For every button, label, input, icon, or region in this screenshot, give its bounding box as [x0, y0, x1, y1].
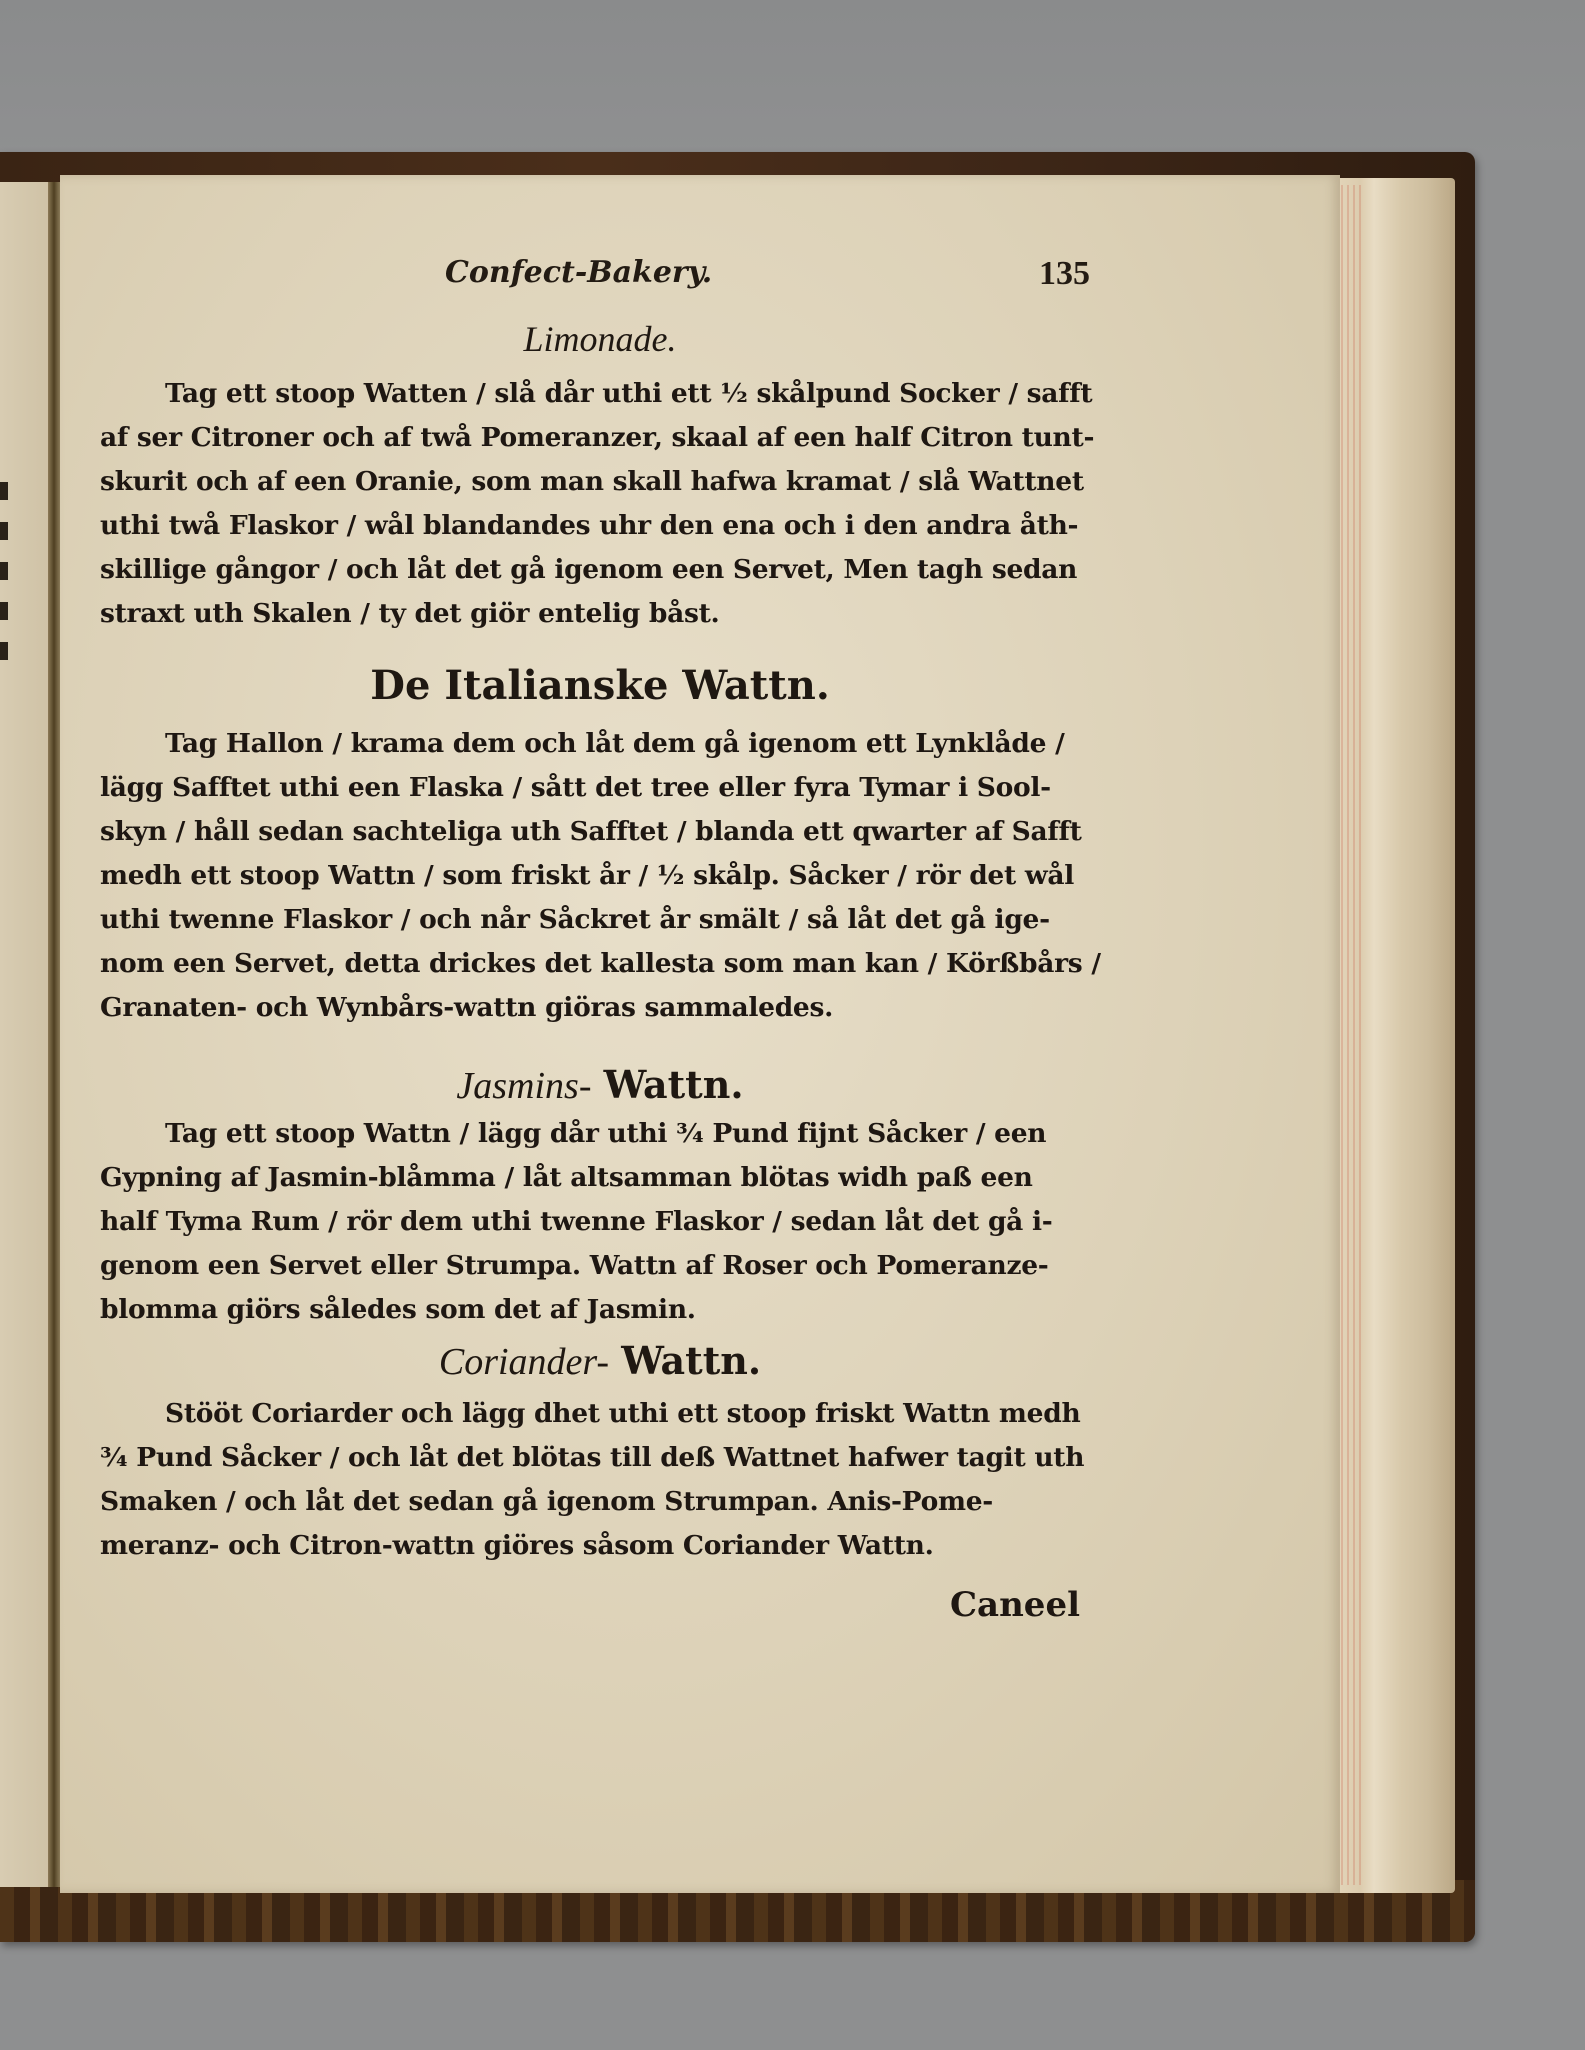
text-line: uthi twenne Flaskor / och når Såckret år… [100, 898, 1100, 942]
text-line: af ser Citroner och af twå Pomeranzer, s… [100, 416, 1100, 460]
section-heading-italianske: De Italianske Wattn. [100, 662, 1100, 709]
text-line: Granaten- och Wynbårs-wattn giöras samma… [100, 986, 1100, 1030]
text-line: Smaken / och låt det sedan gå igenom Str… [100, 1480, 1100, 1524]
left-page-text-fragment [0, 482, 8, 662]
text-line: skillige gångor / och låt det gå igenom … [100, 548, 1100, 592]
book-gutter [48, 182, 60, 1887]
text-line: blomma giörs således som det af Jasmin. [100, 1288, 1100, 1332]
section-body-coriander: Stööt Coriarder och lägg dhet uthi ett s… [100, 1392, 1100, 1568]
heading-bold-part: Wattn. [621, 1338, 761, 1383]
section-heading-jasmins: Jasmins- Wattn. [100, 1062, 1100, 1108]
text-line: nom een Servet, detta drickes det kalles… [100, 942, 1100, 986]
heading-italic-part: Jasmins- [456, 1065, 591, 1107]
text-line: Gypning af Jasmin-blåmma / låt altsamman… [100, 1156, 1100, 1200]
text-line: uthi twå Flaskor / wål blandandes uhr de… [100, 504, 1100, 548]
section-body-jasmins: Tag ett stoop Wattn / lägg dår uthi ¾ Pu… [100, 1112, 1100, 1332]
text-line: genom een Servet eller Strumpa. Wattn af… [100, 1244, 1100, 1288]
running-head: Confect-Bakery. 135 [100, 255, 1090, 303]
running-title: Confect-Bakery. [445, 255, 712, 290]
text-line: Tag ett stoop Watten / slå dår uthi ett … [100, 372, 1100, 416]
text-line: Tag ett stoop Wattn / lägg dår uthi ¾ Pu… [100, 1112, 1100, 1156]
section-body-italianske: Tag Hallon / krama dem och låt dem gå ig… [100, 722, 1100, 1030]
catchword: Caneel [950, 1585, 1080, 1625]
text-line: ¾ Pund Såcker / och låt det blötas till … [100, 1436, 1100, 1480]
section-heading-limonade: Limonade. [100, 318, 1100, 360]
text-line: meranz- och Citron-wattn giöres såsom Co… [100, 1524, 1100, 1568]
text-line: Stööt Coriarder och lägg dhet uthi ett s… [100, 1392, 1100, 1436]
text-line: straxt uth Skalen / ty det giör entelig … [100, 592, 1100, 636]
heading-bold-part: Wattn. [604, 1062, 744, 1107]
text-line: skurit och af een Oranie, som man skall … [100, 460, 1100, 504]
text-line: Tag Hallon / krama dem och låt dem gå ig… [100, 722, 1100, 766]
text-line: lägg Safftet uthi een Flaska / sått det … [100, 766, 1100, 810]
text-line: skyn / håll sedan sachteliga uth Safftet… [100, 810, 1100, 854]
text-line: medh ett stoop Wattn / som friskt år / ½… [100, 854, 1100, 898]
background-top [0, 0, 1585, 160]
left-page-edge [0, 182, 50, 1887]
page-number: 135 [1039, 255, 1090, 293]
section-body-limonade: Tag ett stoop Watten / slå dår uthi ett … [100, 372, 1100, 636]
text-line: half Tyma Rum / rör dem uthi twenne Flas… [100, 1200, 1100, 1244]
heading-italic-part: Coriander- [439, 1341, 609, 1383]
section-heading-coriander: Coriander- Wattn. [100, 1338, 1100, 1384]
